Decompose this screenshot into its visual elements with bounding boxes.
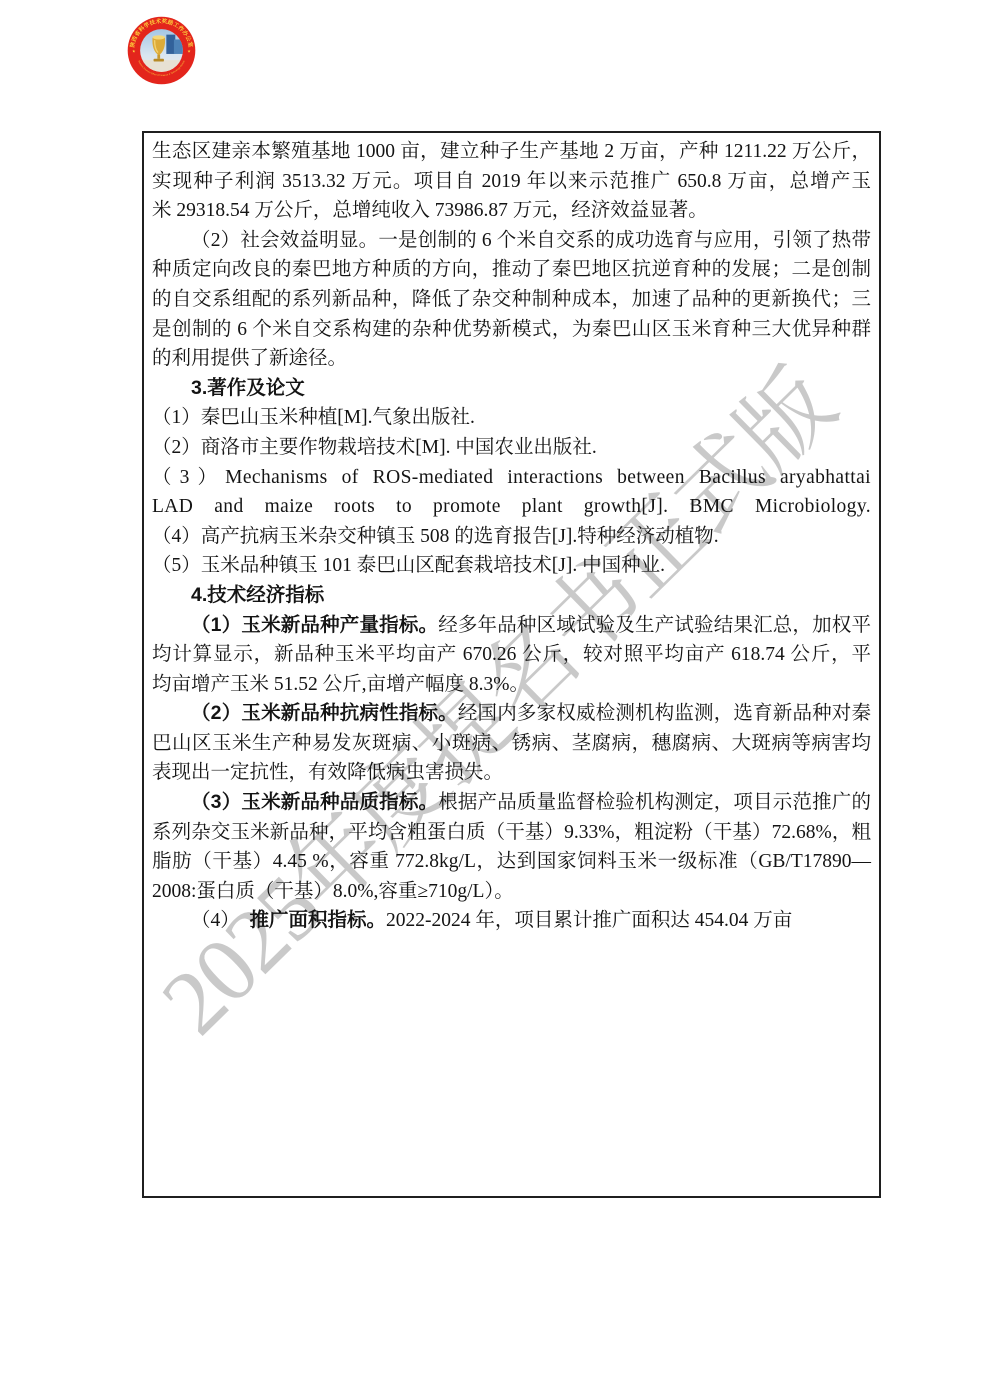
text-line: 种质定向改良的秦巴地方种质的方向，推动了秦巴地区抗逆育种的发展；二是创制 [152,255,871,285]
text-line: （2）商洛市主要作物栽培技术[M]. 中国农业出版社. [152,433,871,463]
text-line: （4）高产抗病玉米杂交种镇玉 508 的选育报告[J].特种经济动植物. [152,522,871,552]
award-office-seal: 陕西省科学技术奖励工作办公室 Shaanxi Province Office O… [127,16,196,85]
star-icon-right: ★ [187,49,191,54]
star-icon-left: ★ [132,49,136,54]
text-line: 表现出一定抗性，有效降低病虫害损失。 [152,758,871,788]
text-line: 的利用提供了新途径。 [152,344,871,374]
text-line: 米 29318.54 万公斤，总增纯收入 73986.87 万元，经济效益显著。 [152,196,871,226]
text-line: （1）秦巴山玉米种植[M].气象出版社. [152,403,871,433]
bold-lead-label: 3.著作及论文 [191,377,305,399]
bold-lead-label: （1）玉米新品种产量指标。 [191,614,438,636]
text-line: （4） 推广面积指标。2022-2024 年，项目累计推广面积达 454.04 … [152,906,871,936]
text-line: LAD and maize roots to promote plant gro… [152,492,871,522]
text-line: 均亩增产玉米 51.52 公斤,亩增产幅度 8.3%。 [152,670,871,700]
bold-lead-label: （2）玉米新品种抗病性指标。 [191,702,458,724]
document-lines: 生态区建亲本繁殖基地 1000 亩，建立种子生产基地 2 万亩，产种 1211.… [144,133,879,936]
page-root: 2025年度提名书正式版 [0,0,990,1400]
text-line: （1）玉米新品种产量指标。经多年品种区域试验及生产试验结果汇总，加权平 [152,611,871,641]
section-heading: 4.技术经济指标 [152,581,871,611]
text-line: （3）Mechanisms of ROS-mediated interactio… [152,463,871,493]
bold-lead-label: 推广面积指标。 [250,909,387,931]
text-line: 均计算显示，新品种玉米平均亩产 670.26 公斤，较对照平均亩产 618.74… [152,640,871,670]
text-line: 2008:蛋白质（干基）8.0%,容重≥710g/L）。 [152,877,871,907]
text-line: 生态区建亲本繁殖基地 1000 亩，建立种子生产基地 2 万亩，产种 1211.… [152,137,871,167]
bold-lead-label: 4.技术经济指标 [191,584,324,606]
text-line: 的自交系组配的系列新品种，降低了杂交种制种成本，加速了品种的更新换代；三 [152,285,871,315]
text-line: 脂肪（干基）4.45 %，容重 772.8kg/L，达到国家饲料玉米一级标准（G… [152,847,871,877]
text-line: 是创制的 6 个米自交系构建的杂种优势新模式，为秦巴山区玉米育种三大优异种群 [152,315,871,345]
text-line: 系列杂交玉米新品种，平均含粗蛋白质（干基）9.33%，粗淀粉（干基）72.68%… [152,818,871,848]
text-line: （3）玉米新品种品质指标。根据产品质量监督检验机构测定，项目示范推广的 [152,788,871,818]
section-heading: 3.著作及论文 [152,374,871,404]
form-table-cell: 生态区建亲本繁殖基地 1000 亩，建立种子生产基地 2 万亩，产种 1211.… [142,131,881,1198]
text-line: 巴山区玉米生产种易发灰斑病、小斑病、锈病、茎腐病，穗腐病、大斑病等病害均 [152,729,871,759]
text-line: （2）玉米新品种抗病性指标。经国内多家权威检测机构监测，选育新品种对秦 [152,699,871,729]
seal-graphic: 陕西省科学技术奖励工作办公室 Shaanxi Province Office O… [127,16,196,85]
bold-lead-label: （3）玉米新品种品质指标。 [191,791,438,813]
text-line: （2）社会效益明显。一是创制的 6 个米自交系的成功选育与应用，引领了热带 [152,226,871,256]
text-line: （5）玉米品种镇玉 101 泰巴山区配套栽培技术[J]. 中国种业. [152,551,871,581]
text-line: 实现种子利润 3513.32 万元。项目自 2019 年以来示范推广 650.8… [152,167,871,197]
